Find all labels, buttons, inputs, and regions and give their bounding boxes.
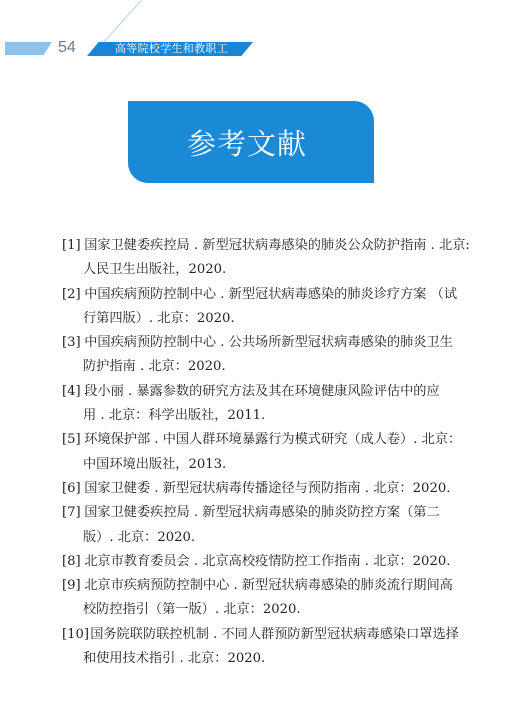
reference-item: [10] 国务院联防联控机制 . 不同人群预防新型冠状病毒感染口罩选择 和使用技… xyxy=(62,623,452,672)
reference-number: [10] xyxy=(62,623,86,647)
reference-continuation: 和使用技术指引 . 北京：2020. xyxy=(62,647,452,671)
reference-item: [7] 国家卫健委疾控局 . 新型冠状病毒感染的肺炎防控方案（第二 版）. 北京… xyxy=(62,501,452,550)
reference-number: [4] xyxy=(62,380,80,404)
reference-number: [7] xyxy=(62,501,80,525)
page-number: 54 xyxy=(58,39,76,57)
reference-continuation: 版）. 北京：2020. xyxy=(62,526,452,550)
page-title: 参考文献 xyxy=(187,122,307,163)
reference-text: 北京市教育委员会 . 北京高校疫情防控工作指南 . 北京：2020. xyxy=(84,554,450,569)
reference-text: 中国疾病预防控制中心 . 公共场所新型冠状病毒感染的肺炎卫生 xyxy=(84,335,453,350)
decorative-diagonal-line xyxy=(98,0,142,48)
section-title: 高等院校学生和教职工 xyxy=(115,42,228,56)
reference-text: 北京市疾病预防控制中心 . 新型冠状病毒感染的肺炎流行期间高 xyxy=(84,578,453,593)
reference-continuation: 中国环境出版社，2013. xyxy=(62,453,452,477)
reference-text: 国家卫健委疾控局 . 新型冠状病毒感染的肺炎防控方案（第二 xyxy=(84,505,439,520)
reference-text: 中国疾病预防控制中心 . 新型冠状病毒感染的肺炎诊疗方案 （试 xyxy=(84,287,457,302)
reference-item: [1] 国家卫健委疾控局 . 新型冠状病毒感染的肺炎公众防护指南 . 北京: 人… xyxy=(62,234,452,283)
reference-list: [1] 国家卫健委疾控局 . 新型冠状病毒感染的肺炎公众防护指南 . 北京: 人… xyxy=(62,234,452,671)
reference-number: [6] xyxy=(62,477,80,501)
reference-continuation: 人民卫生出版社，2020. xyxy=(62,258,452,282)
reference-item: [5] 环境保护部 . 中国人群环境暴露行为模式研究（成人卷）. 北京： 中国环… xyxy=(62,428,452,477)
reference-number: [8] xyxy=(62,550,80,574)
reference-text: 环境保护部 . 中国人群环境暴露行为模式研究（成人卷）. 北京： xyxy=(84,432,461,447)
reference-number: [2] xyxy=(62,283,80,307)
reference-continuation: 行第四版）. 北京：2020. xyxy=(62,307,452,331)
reference-text: 国家卫健委疾控局 . 新型冠状病毒感染的肺炎公众防护指南 . 北京: xyxy=(84,238,470,253)
reference-item: [8] 北京市教育委员会 . 北京高校疫情防控工作指南 . 北京：2020. xyxy=(62,550,452,574)
reference-text: 国家卫健委 . 新型冠状病毒传播途径与预防指南 . 北京：2020. xyxy=(84,481,450,496)
reference-text: 国务院联防联控机制 . 不同人群预防新型冠状病毒感染口罩选择 xyxy=(90,627,459,642)
reference-continuation: 防护指南 . 北京：2020. xyxy=(62,355,452,379)
title-box: 参考文献 xyxy=(128,101,374,183)
reference-item: [9] 北京市疾病预防控制中心 . 新型冠状病毒感染的肺炎流行期间高 校防控指引… xyxy=(62,574,452,623)
reference-number: [5] xyxy=(62,428,80,452)
reference-item: [4] 段小丽 . 暴露参数的研究方法及其在环境健康风险评估中的应 用 . 北京… xyxy=(62,380,452,429)
reference-item: [6] 国家卫健委 . 新型冠状病毒传播途径与预防指南 . 北京：2020. xyxy=(62,477,452,501)
reference-number: [3] xyxy=(62,331,80,355)
reference-item: [2] 中国疾病预防控制中心 . 新型冠状病毒感染的肺炎诊疗方案 （试 行第四版… xyxy=(62,283,452,332)
reference-number: [1] xyxy=(62,234,80,258)
reference-number: [9] xyxy=(62,574,80,598)
header-accent-block xyxy=(5,42,52,55)
reference-continuation: 用 . 北京：科学出版社，2011. xyxy=(62,404,452,428)
reference-continuation: 校防控指引（第一版）. 北京：2020. xyxy=(62,598,452,622)
reference-text: 段小丽 . 暴露参数的研究方法及其在环境健康风险评估中的应 xyxy=(84,384,439,399)
reference-item: [3] 中国疾病预防控制中心 . 公共场所新型冠状病毒感染的肺炎卫生 防护指南 … xyxy=(62,331,452,380)
